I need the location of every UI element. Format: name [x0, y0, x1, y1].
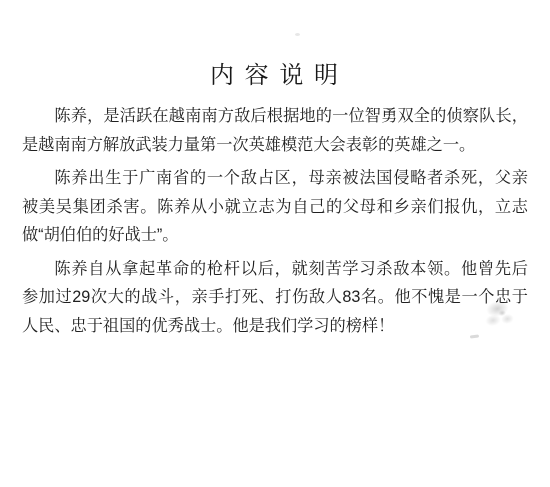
text-line: 是越南南方解放武装力量第一次英雄模范大会表彰的英雄之一。	[22, 131, 528, 160]
scan-speck	[295, 33, 300, 36]
paragraph-1: 陈养，是活跃在越南南方敌后根据地的一位智勇双全的侦察队长， 是越南南方解放武装力…	[22, 102, 528, 159]
text-line: 陈养，是活跃在越南南方敌后根据地的一位智勇双全的侦察队长，	[22, 102, 528, 131]
paragraph-3: 陈养自从拿起革命的枪杆以后，就刻苦学习杀敌本领。他曾先后 参加过29次大的战斗，…	[22, 255, 528, 341]
document-page: 内 容 说 明 陈养，是活跃在越南南方敌后根据地的一位智勇双全的侦察队长， 是越…	[0, 0, 550, 487]
text-line: 参加过29次大的战斗，亲手打死、打伤敌人83名。他不愧是一个忠于	[22, 283, 528, 312]
paragraph-2: 陈养出生于广南省的一个敌占区，母亲被法国侵略者杀死，父亲 被美吴集团杀害。陈养从…	[22, 164, 528, 250]
page-title: 内 容 说 明	[0, 60, 550, 92]
text-line: 人民、忠于祖国的优秀战士。他是我们学习的榜样！	[22, 312, 528, 341]
document-body: 陈养，是活跃在越南南方敌后根据地的一位智勇双全的侦察队长， 是越南南方解放武装力…	[22, 102, 528, 345]
text-line: 做“胡伯伯的好战士”。	[22, 221, 528, 250]
text-line: 被美吴集团杀害。陈养从小就立志为自己的父母和乡亲们报仇，立志	[22, 193, 528, 222]
text-line: 陈养出生于广南省的一个敌占区，母亲被法国侵略者杀死，父亲	[22, 164, 528, 193]
text-line: 陈养自从拿起革命的枪杆以后，就刻苦学习杀敌本领。他曾先后	[22, 255, 528, 284]
